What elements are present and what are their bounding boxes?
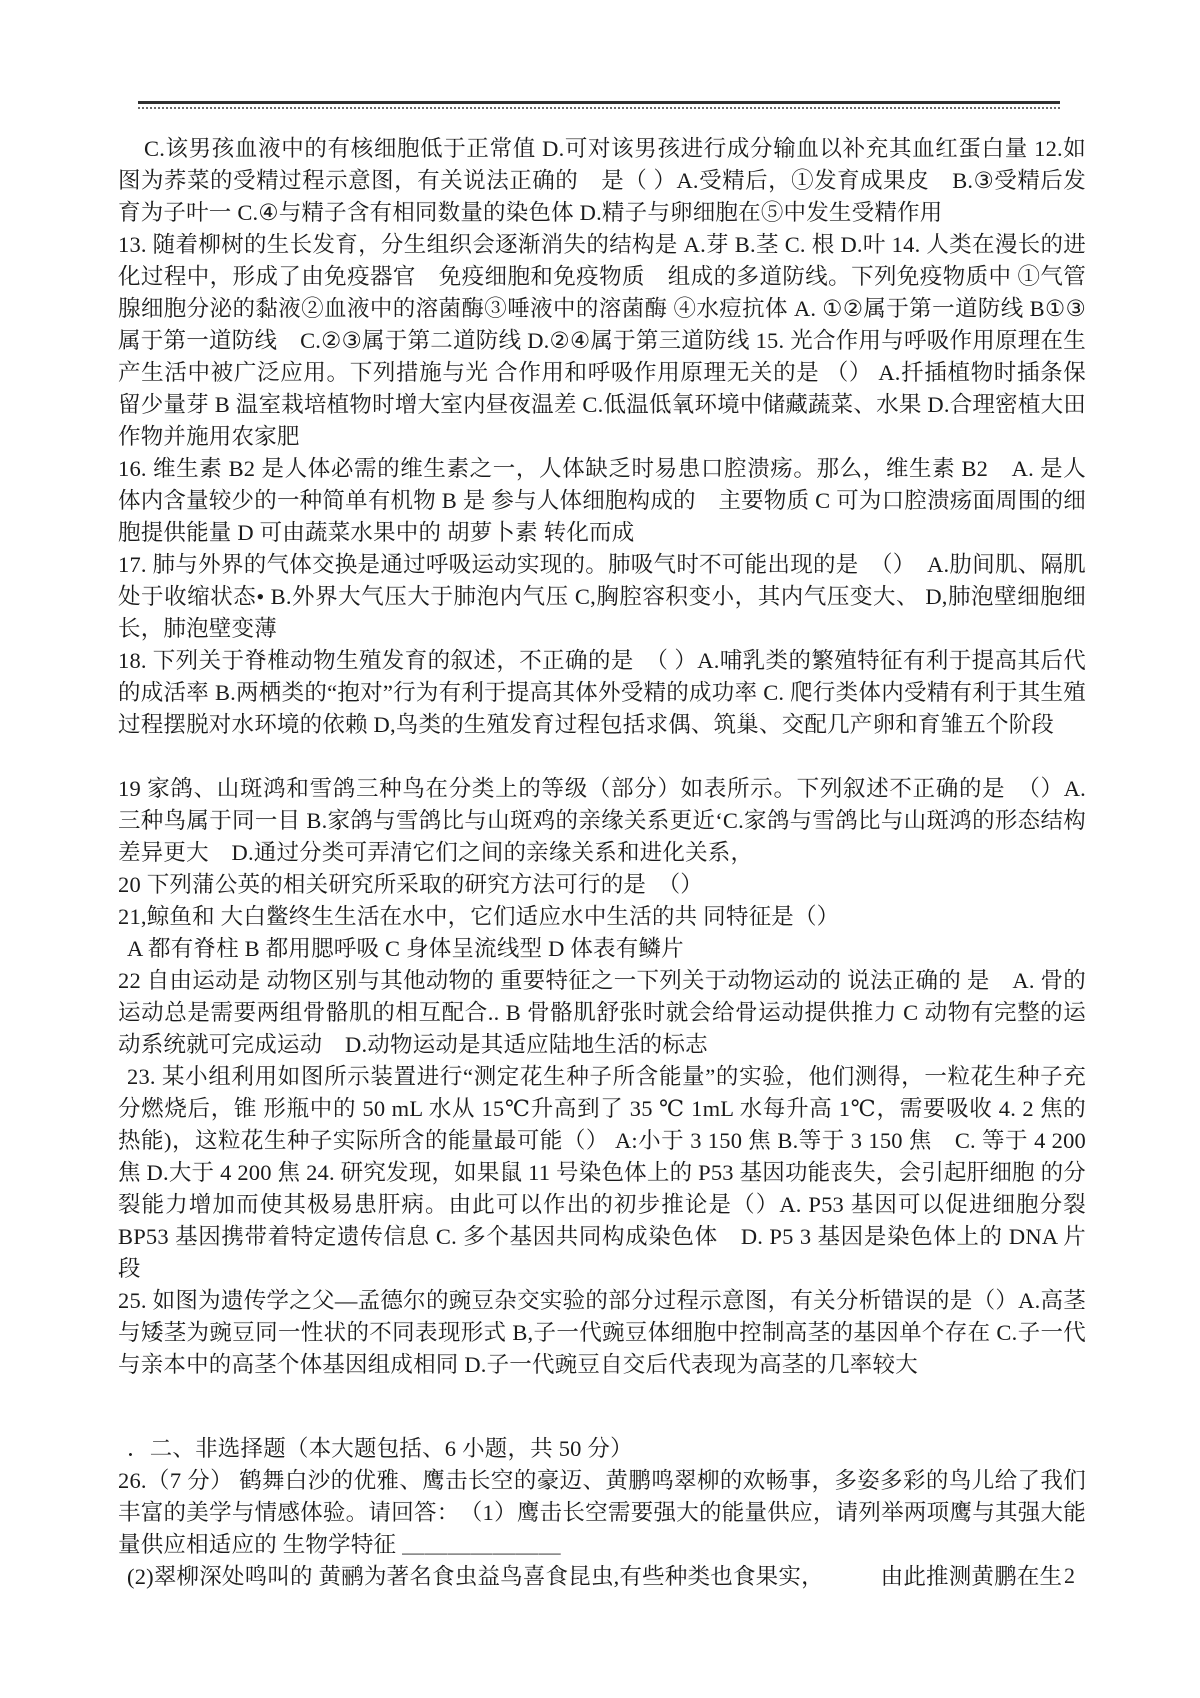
paragraph-q16: 16. 维生素 B2 是人体必需的维生素之一，人体缺乏时易患口腔溃疡。那么，维生…: [118, 453, 1086, 549]
paragraph-q21: 21,鲸鱼和 大白鳖终生生活在水中，它们适应水中生活的共 同特征是（）: [118, 901, 1086, 933]
paragraph-q13-q15: 13. 随着柳树的生长发育，分生组织会逐渐消失的结构是 A.芽 B.茎 C. 根…: [118, 229, 1086, 453]
paragraph-q21-options: A 都有脊柱 B 都用腮呼吸 C 身体呈流线型 D 体表有鳞片: [118, 933, 1086, 965]
paragraph-q22: 22 自由运动是 动物区别与其他动物的 重要特征之一下列关于动物运动的 说法正确…: [118, 965, 1086, 1061]
paragraph-q18: 18. 下列关于脊椎动物生殖发育的叙述，不正确的是 （ ）A.哺乳类的繁殖特征有…: [118, 645, 1086, 741]
paragraph-q20: 20 下列蒲公英的相关研究所采取的研究方法可行的是 （）: [118, 869, 1086, 901]
paragraph-q26-part2: (2)翠柳深处鸣叫的 黄鹂为著名食虫益鸟喜食昆虫,有些种类也食果实， 由此推测黄…: [118, 1561, 1086, 1593]
paragraph-q19: 19 家鸽、山斑鸿和雪鸽三种鸟在分类上的等级（部分）如表所示。下列叙述不正确的是…: [118, 773, 1086, 869]
section-2-heading: ．二、非选择题（本大题包括、6 小题，共 50 分）: [118, 1433, 1086, 1465]
exam-text-body: C.该男孩血液中的有核细胞低于正常值 D.可对该男孩进行成分输血以补充其血红蛋白…: [118, 133, 1086, 1593]
header-divider-rule: [138, 101, 1060, 109]
paragraph-q26: 26.（7 分） 鹤舞白沙的优雅、鹰击长空的豪迈、黄鹏鸣翠柳的欢畅事，多姿多彩的…: [118, 1465, 1086, 1561]
paragraph-q11c-q12: C.该男孩血液中的有核细胞低于正常值 D.可对该男孩进行成分输血以补充其血红蛋白…: [118, 133, 1086, 229]
document-page: C.该男孩血液中的有核细胞低于正常值 D.可对该男孩进行成分输血以补充其血红蛋白…: [0, 0, 1200, 1698]
paragraph-q25: 25. 如图为遗传学之父—孟德尔的豌豆杂交实验的部分过程示意图，有关分析错误的是…: [118, 1285, 1086, 1381]
paragraph-q17: 17. 肺与外界的气体交换是通过呼吸运动实现的。肺吸气时不可能出现的是 （） A…: [118, 549, 1086, 645]
page-number: 2: [1064, 1562, 1075, 1590]
paragraph-q23-q24: 23. 某小组利用如图所示装置进行“测定花生种子所含能量”的实验，他们测得，一粒…: [118, 1061, 1086, 1285]
